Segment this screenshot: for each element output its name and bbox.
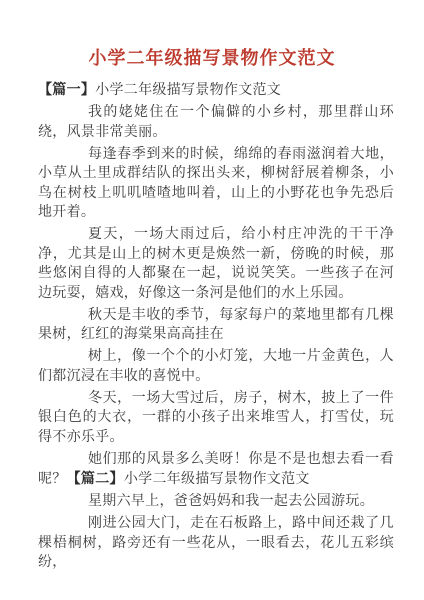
essay-paragraph: 刚进公园大门，走在石板路上，路中间还栽了几棵梧桐树，路旁还有一些花从，一眼看去，…	[38, 514, 394, 573]
essay-paragraph: 我的姥姥住在一个偏僻的小乡村，那里群山环绕，风景非常美丽。	[38, 103, 394, 142]
essay-paragraph: 每逢春季到来的时候，绵绵的春雨滋润着大地，小草从土里成群结队的探出头来，柳树舒展…	[38, 145, 394, 223]
section-2-marker: 【篇二】	[67, 470, 124, 486]
essay-paragraph: 树上，像一个个的小灯笼，大地一片金黄色，人们都沉浸在丰收的喜悦中。	[38, 347, 394, 386]
section-2-heading-text: 小学二年级描写景物作文范文	[124, 472, 310, 487]
document-body: 【篇一】小学二年级描写景物作文范文 我的姥姥住在一个偏僻的小乡村，那里群山环绕，…	[0, 80, 424, 573]
document-title: 小学二年级描写景物作文范文	[0, 46, 424, 70]
essay-paragraph: 冬天，一场大雪过后，房子，树木，披上了一件银白色的大衣，一群的小孩子出来堆雪人，…	[38, 389, 394, 448]
essay-paragraph: 夏天，一场大雨过后，给小村庄冲洗的干干净净，尤其是山上的树木更是焕然一新，傍晚的…	[38, 225, 394, 303]
document-page: 小学二年级描写景物作文范文 【篇一】小学二年级描写景物作文范文 我的姥姥住在一个…	[0, 0, 424, 600]
essay-paragraph: 秋天是丰收的季节，每家每户的菜地里都有几棵果树，红红的海棠果高高挂在	[38, 306, 394, 345]
essay-paragraph-with-section-2-heading: 她们那的风景多么美呀！你是不是也想去看一看呢？【篇二】小学二年级描写景物作文范文	[38, 450, 394, 490]
section-1-heading-text: 小学二年级描写景物作文范文	[95, 83, 281, 98]
essay-paragraph: 星期六早上，爸爸妈妈和我一起去公园游玩。	[38, 492, 394, 512]
section-1-heading: 【篇一】小学二年级描写景物作文范文	[38, 80, 394, 101]
section-1-marker: 【篇一】	[38, 81, 95, 97]
